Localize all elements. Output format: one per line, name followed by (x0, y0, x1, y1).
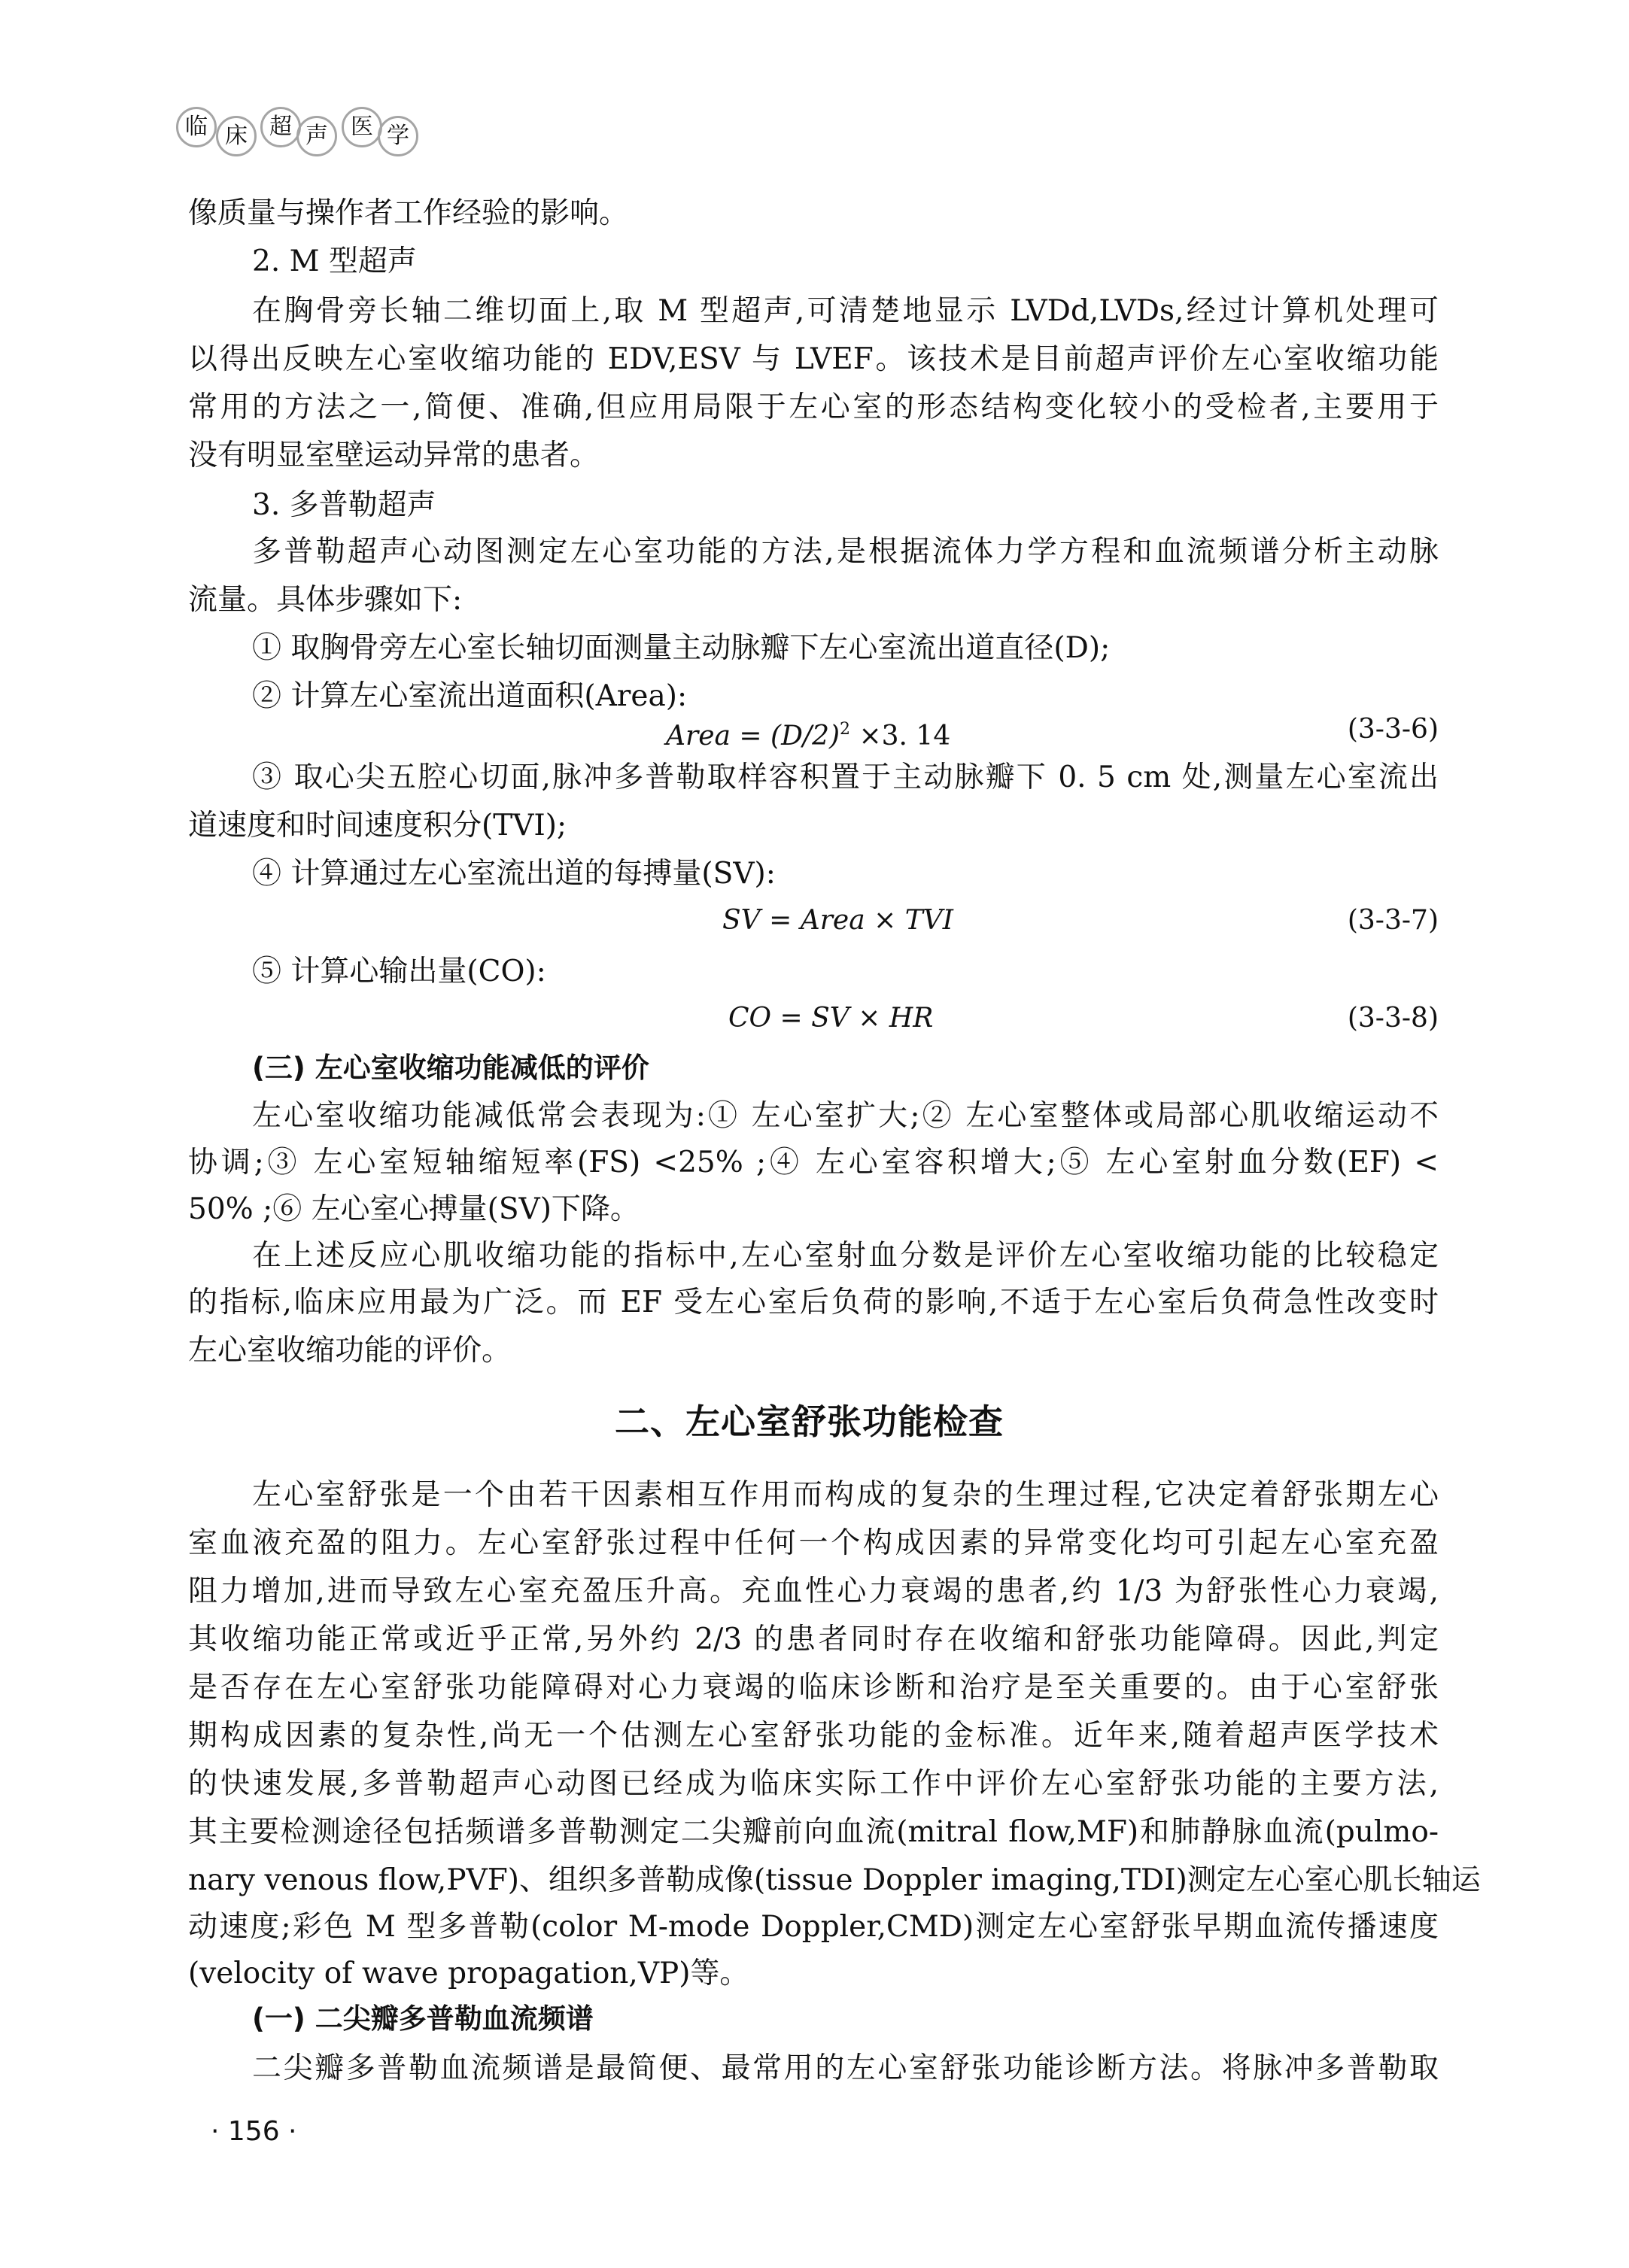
paragraph-line: 二尖瓣多普勒血流频谱是最简便、最常用的左心室舒张功能诊断方法。将脉冲多普勒取 (252, 2052, 1439, 2085)
paragraph-line: 在上述反应心肌收缩功能的指标中,左心室射血分数是评价左心室收缩功能的比较稳定 (252, 1240, 1439, 1273)
equation-co: CO = SV × HR (728, 1002, 933, 1035)
paragraph-line: 道速度和时间速度积分(TVI); (188, 809, 1439, 843)
paragraph-line: 50% ;⑥ 左心室心搏量(SV)下降。 (188, 1193, 1439, 1226)
section-heading-diastolic: 二、左心室舒张功能检查 (615, 1402, 1004, 1441)
header-circle-char: 医 (342, 107, 382, 147)
equation-number: (3-3-8) (1348, 1002, 1439, 1035)
paragraph-line: 流量。具体步骤如下: (188, 584, 1439, 617)
paragraph-line: 其收缩功能正常或近乎正常,另外约 2/3 的患者同时存在收缩和舒张功能障碍。因此… (188, 1623, 1439, 1656)
equation-number: (3-3-6) (1348, 713, 1439, 746)
paragraph-line: 以得出反映左心室收缩功能的 EDV,ESV 与 LVEF。该技术是目前超声评价左… (188, 343, 1439, 376)
equation-lhs: Area = (D/2) (666, 721, 840, 751)
step-5: ⑤ 计算心输出量(CO): (252, 955, 546, 988)
subsection-heading-mitral-doppler: (一) 二尖瓣多普勒血流频谱 (252, 2002, 594, 2036)
paragraph-line: 像质量与操作者工作经验的影响。 (188, 197, 1439, 230)
step-1: ① 取胸骨旁左心室长轴切面测量主动脉瓣下左心室流出道直径(D); (252, 632, 1110, 665)
equation-exponent: 2 (840, 720, 850, 739)
equation-sv: SV = Area × TVI (722, 904, 953, 937)
paragraph-line: 其主要检测途径包括频谱多普勒测定二尖瓣前向血流(mitral flow,MF)和… (188, 1816, 1439, 1849)
paragraph-line: (velocity of wave propagation,VP)等。 (188, 1957, 1439, 1990)
step-4: ④ 计算通过左心室流出道的每搏量(SV): (252, 858, 776, 891)
paragraph-line: 阻力增加,进而导致左心室充盈压升高。充血性心力衰竭的患者,约 1/3 为舒张性心… (188, 1575, 1439, 1608)
book-page: 临 床 超 声 医 学 像质量与操作者工作经验的影响。 2. M 型超声 在胸骨… (0, 0, 1629, 2268)
paragraph-line: 在胸骨旁长轴二维切面上,取 M 型超声,可清楚地显示 LVDd,LVDs,经过计… (252, 295, 1439, 328)
step-2: ② 计算左心室流出道面积(Area): (252, 680, 687, 713)
header-circle-char: 床 (216, 116, 257, 156)
paragraph-line: 没有明显室壁运动异常的患者。 (188, 439, 1439, 472)
paragraph-line: 室血液充盈的阻力。左心室舒张过程中任何一个构成因素的异常变化均可引起左心室充盈 (188, 1527, 1439, 1560)
paragraph-line: 是否存在左心室舒张功能障碍对心力衰竭的临床诊断和治疗是至关重要的。由于心室舒张 (188, 1671, 1439, 1705)
header-circle-char: 临 (176, 107, 217, 147)
equation-rhs: ×3. 14 (850, 721, 950, 751)
paragraph-line: 的指标,临床应用最为广泛。而 EF 受左心室后负荷的影响,不适于左心室后负荷急性… (188, 1286, 1439, 1319)
paragraph-line: 的快速发展,多普勒超声心动图已经成为临床实际工作中评价左心室舒张功能的主要方法, (188, 1768, 1439, 1801)
equation-number: (3-3-7) (1348, 904, 1439, 937)
paragraph-line: 多普勒超声心动图测定左心室功能的方法,是根据流体力学方程和血流频谱分析主动脉 (252, 536, 1439, 569)
paragraph-line: 期构成因素的复杂性,尚无一个估测左心室舒张功能的金标准。近年来,随着超声医学技术 (188, 1720, 1439, 1753)
header-circle-char: 学 (378, 116, 418, 156)
header-circle-char: 声 (296, 116, 337, 156)
running-header: 临 床 超 声 医 学 (173, 104, 429, 164)
paragraph-line: 左心室收缩功能减低常会表现为:① 左心室扩大;② 左心室整体或局部心肌收缩运动不 (252, 1100, 1439, 1133)
step-3: ③ 取心尖五腔心切面,脉冲多普勒取样容积置于主动脉瓣下 0. 5 cm 处,测量… (252, 761, 1439, 794)
paragraph-line: 左心室舒张是一个由若干因素相互作用而构成的复杂的生理过程,它决定着舒张期左心 (252, 1479, 1439, 1512)
paragraph-line: 协调;③ 左心室短轴缩短率(FS) <25% ;④ 左心室容积增大;⑤ 左心室射… (188, 1146, 1439, 1180)
paragraph-line: 常用的方法之一,简便、准确,但应用局限于左心室的形态结构变化较小的受检者,主要用… (188, 391, 1439, 424)
paragraph-line: 动速度;彩色 M 型多普勒(color M-mode Doppler,CMD)测… (188, 1911, 1439, 1944)
paragraph-line: nary venous flow,PVF)、组织多普勒成像(tissue Dop… (188, 1864, 1439, 1897)
page-number: · 156 · (211, 2117, 297, 2147)
subsection-heading-systolic-reduction: (三) 左心室收缩功能减低的评价 (252, 1052, 649, 1085)
equation-area: Area = (D/2)2 ×3. 14 (666, 713, 950, 753)
paragraph-line: 左心室收缩功能的评价。 (188, 1334, 1439, 1368)
subsection-heading-m-mode: 2. M 型超声 (252, 245, 417, 278)
header-circle-char: 超 (260, 107, 301, 147)
subsection-heading-doppler: 3. 多普勒超声 (252, 489, 436, 522)
